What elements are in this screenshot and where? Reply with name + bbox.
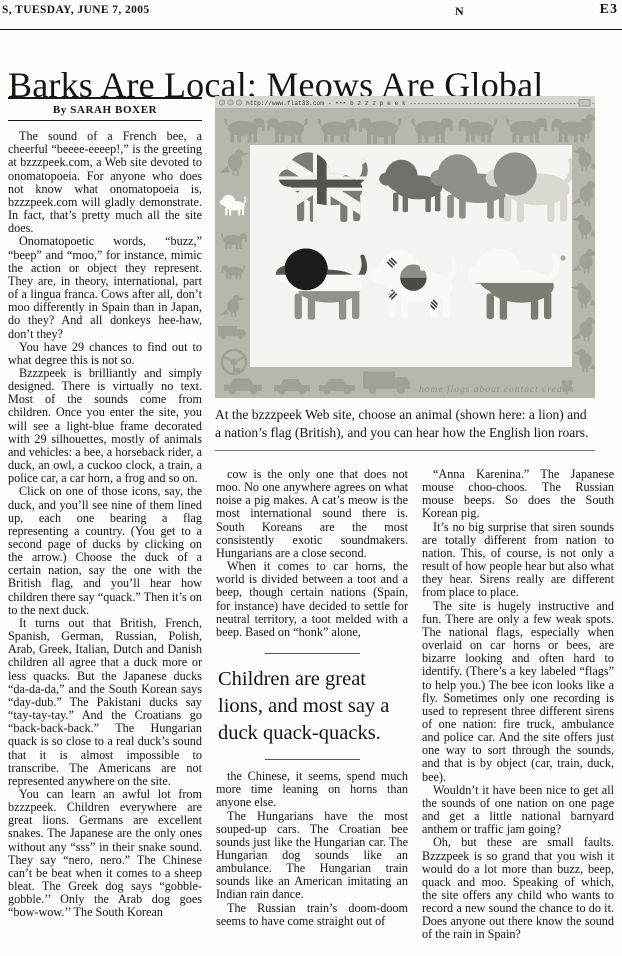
masthead-page-number: E3 bbox=[600, 2, 618, 18]
masthead-date: S, TUESDAY, JUNE 7, 2005 bbox=[2, 4, 150, 16]
article-text-col1: The sound of a French bee, a cheerful “b… bbox=[8, 130, 202, 919]
article-text-col2-bottom: the Chinese, it seems, spend much more t… bbox=[216, 770, 408, 928]
paragraph: the Chinese, it seems, spend much more t… bbox=[216, 770, 408, 809]
paragraph: You can learn an awful lot from bzzzpeek… bbox=[8, 788, 202, 920]
photo-caption: At the bzzzpeek Web site, choose an anim… bbox=[215, 406, 595, 451]
article-text-col3: “Anna Karenina.” The Japanese mouse choo… bbox=[422, 468, 614, 942]
paragraph: The sound of a French bee, a cheerful “b… bbox=[8, 130, 202, 235]
masthead: S, TUESDAY, JUNE 7, 2005 N E3 bbox=[0, 0, 622, 30]
window-zoom-button bbox=[236, 100, 241, 105]
window-widget bbox=[579, 100, 590, 107]
paragraph: The site is hugely instructive and fun. … bbox=[422, 600, 614, 784]
paragraph: It turns out that British, French, Spani… bbox=[8, 617, 202, 788]
paragraph: When it comes to car horns, the world is… bbox=[216, 560, 408, 639]
byline-rule bbox=[8, 120, 202, 121]
byline-rule bbox=[8, 97, 202, 99]
bzzzpeek-website-screenshot: http://www.flat33.com - ••• b z z z p e … bbox=[215, 96, 595, 398]
next-page-arrow[interactable] bbox=[560, 255, 565, 260]
paragraph: cow is the only one that does not moo. N… bbox=[216, 468, 408, 560]
site-nav-links[interactable]: home flags about contact credits bbox=[419, 384, 575, 395]
byline: By SARAH BOXER bbox=[8, 103, 202, 120]
article-column-1: By SARAH BOXER The sound of a French bee… bbox=[8, 97, 202, 920]
window-close-button bbox=[219, 100, 224, 105]
paragraph: The Russian train’s doom-doom seems to h… bbox=[216, 902, 408, 928]
masthead-rule bbox=[0, 29, 622, 30]
paragraph: Wouldn’t it have been nice to get all th… bbox=[422, 784, 614, 837]
pull-quote-rule bbox=[265, 759, 360, 760]
paragraph: Oh, but these are small faults. Bzzzpeek… bbox=[422, 836, 614, 941]
window-minimize-button bbox=[228, 100, 233, 105]
article-text-col2-top: cow is the only one that does not moo. N… bbox=[216, 468, 408, 639]
paragraph: Bzzzpeek is brilliantly and simply desig… bbox=[8, 367, 202, 485]
paragraph: You have 29 chances to find out to what … bbox=[8, 341, 202, 367]
paragraph: Click on one of those icons, say, the du… bbox=[8, 485, 202, 617]
byline-block: By SARAH BOXER bbox=[8, 97, 202, 121]
browser-url-text: http://www.flat33.com - ••• b z z z p e … bbox=[246, 100, 595, 107]
pull-quote-text: Children are great lions, and most say a… bbox=[216, 654, 408, 759]
paragraph: “Anna Karenina.” The Japanese mouse choo… bbox=[422, 468, 614, 521]
paragraph: The Hungarians have the most souped-up c… bbox=[216, 810, 408, 902]
article-column-2: cow is the only one that does not moo. N… bbox=[216, 468, 408, 928]
browser-title-bar: http://www.flat33.com - ••• b z z z p e … bbox=[215, 96, 595, 109]
paragraph: It’s no big surprise that siren sounds a… bbox=[422, 521, 614, 600]
masthead-edition: N bbox=[455, 4, 464, 19]
article-column-3: “Anna Karenina.” The Japanese mouse choo… bbox=[422, 468, 614, 942]
paragraph: Onomatopoetic words, “buzz,” “beep” and … bbox=[8, 235, 202, 340]
pull-quote: Children are great lions, and most say a… bbox=[216, 653, 408, 760]
